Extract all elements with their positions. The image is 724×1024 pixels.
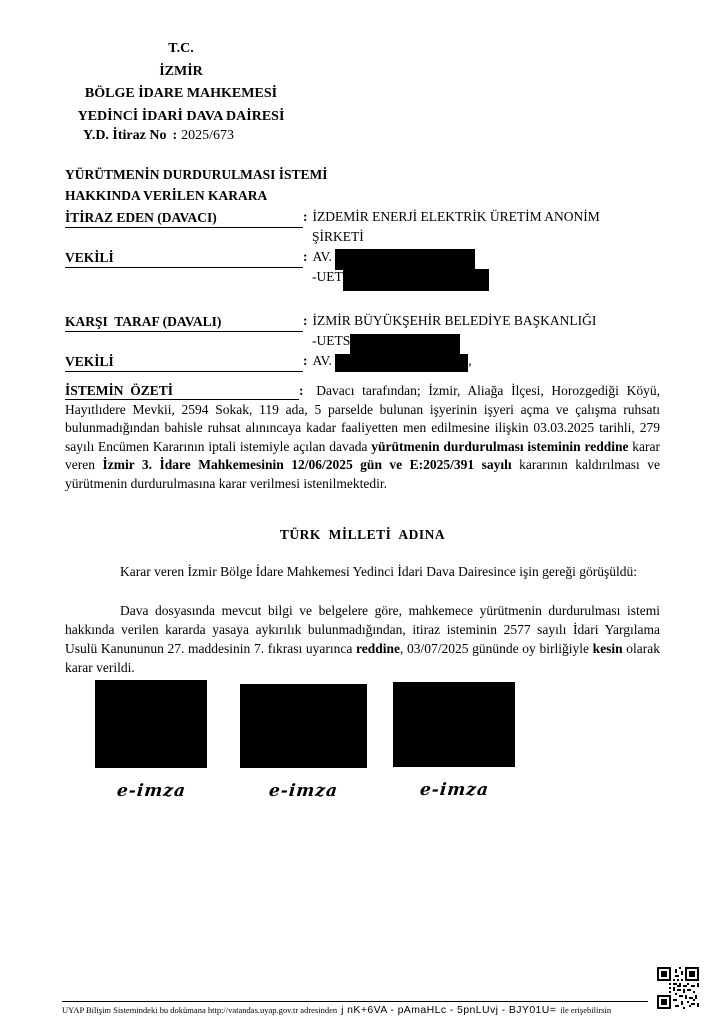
party-row-respondent-counsel: VEKİLİ :AV. , xyxy=(65,351,660,372)
redaction-box xyxy=(95,680,207,768)
case-number-label: Y.D. İtiraz No xyxy=(83,128,166,143)
decision-text-bold: reddine xyxy=(356,641,400,656)
summary-text-bold: yürütmenin durdurulması isteminin reddin… xyxy=(371,439,628,454)
case-number-separator: : xyxy=(172,128,177,143)
e-signature-label: e-imza xyxy=(268,781,339,801)
signature-block: e-imza xyxy=(95,680,207,801)
court-header: T.C. İZMİR BÖLGE İDARE MAHKEMESİ YEDİNCİ… xyxy=(0,38,362,128)
party-label: İTİRAZ EDEN (DAVACI) xyxy=(65,208,303,228)
colon: : xyxy=(303,313,308,328)
party-value: :İZDEMİR ENERJİ ELEKTRİK ÜRETİM ANONİM Ş… xyxy=(303,207,660,247)
uyap-access-code: j nK+6VA - pAmaHLc - 5pnLUvj - BJY01U= xyxy=(341,1004,556,1016)
in-the-name-of-nation-heading: TÜRK MİLLETİ ADINA xyxy=(65,527,660,543)
decision-paragraph-2: Dava dosyasında mevcut bilgi ve belgeler… xyxy=(65,601,660,677)
counsel-prefix: AV. xyxy=(313,353,332,368)
header-line-chamber: YEDİNCİ İDARİ DAVA DAİRESİ xyxy=(0,106,362,129)
party-label: VEKİLİ xyxy=(65,352,303,372)
header-line-city: İZMİR xyxy=(0,61,362,84)
decision-text-bold: kesin xyxy=(593,641,623,656)
redaction-box xyxy=(343,269,489,291)
uets-prefix: -UET xyxy=(312,269,343,284)
redaction-box xyxy=(240,684,367,768)
party-row-appellant-counsel: VEKİLİ :AV. -UET xyxy=(65,247,660,287)
appellant-name-line1: İZDEMİR ENERJİ ELEKTRİK ÜRETİM ANONİM xyxy=(313,209,600,224)
subject-line-1: YÜRÜTMENİN DURDURULMASI İSTEMİ xyxy=(65,164,660,185)
signature-block: e-imza xyxy=(240,680,367,801)
decision-paragraph-1: Karar veren İzmir Bölge İdare Mahkemesi … xyxy=(65,562,660,582)
respondent-name: İZMİR BÜYÜKŞEHİR BELEDİYE BAŞKANLIĞI xyxy=(313,313,597,328)
subject-heading: YÜRÜTMENİN DURDURULMASI İSTEMİ HAKKINDA … xyxy=(65,164,660,206)
e-signature-label: e-imza xyxy=(418,780,489,800)
party-value: :AV. -UET xyxy=(303,247,660,287)
party-label: VEKİLİ xyxy=(65,248,303,268)
header-line-tc: T.C. xyxy=(0,38,362,61)
counsel-suffix: , xyxy=(468,353,471,368)
colon: : xyxy=(303,353,308,368)
party-value: :İZMİR BÜYÜKŞEHİR BELEDİYE BAŞKANLIĞI -U… xyxy=(303,311,660,351)
colon: : xyxy=(303,249,308,264)
redaction-box xyxy=(335,354,468,372)
decision-text: , 03/07/2025 gününde oy birliğiyle xyxy=(400,641,593,656)
appellant-name-line2: ŞİRKETİ xyxy=(303,227,660,247)
signature-block: e-imza xyxy=(393,680,515,800)
party-row-appellant: İTİRAZ EDEN (DAVACI) :İZDEMİR ENERJİ ELE… xyxy=(65,207,660,247)
party-label: KARŞI TARAF (DAVALI) xyxy=(65,312,303,332)
parties-section: İTİRAZ EDEN (DAVACI) :İZDEMİR ENERJİ ELE… xyxy=(65,207,660,372)
e-signature-label: e-imza xyxy=(115,781,186,801)
qr-code xyxy=(657,967,699,1009)
redaction-box xyxy=(393,682,515,767)
footer-suffix: ile erişebilirsin xyxy=(560,1005,611,1015)
case-number: Y.D. İtiraz No:2025/673 xyxy=(83,128,234,144)
request-summary-paragraph: İSTEMİN ÖZETİ: Davacı tarafından; İzmir,… xyxy=(65,382,660,493)
uets-prefix: -UETS xyxy=(312,333,350,348)
subject-line-2: HAKKINDA VERİLEN KARARA xyxy=(65,185,660,206)
header-line-court: BÖLGE İDARE MAHKEMESİ xyxy=(0,83,362,106)
summary-text-bold: İzmir 3. İdare Mahkemesinin 12/06/2025 g… xyxy=(102,457,511,472)
colon: : xyxy=(303,209,308,224)
party-row-respondent: KARŞI TARAF (DAVALI) :İZMİR BÜYÜKŞEHİR B… xyxy=(65,311,660,351)
case-number-value: 2025/673 xyxy=(181,128,234,143)
party-value: :AV. , xyxy=(303,351,660,371)
signatures-section: e-imza e-imza e-imza xyxy=(65,680,660,805)
counsel-prefix: AV. xyxy=(313,249,332,264)
colon: : xyxy=(299,383,304,398)
court-decision-page: T.C. İZMİR BÖLGE İDARE MAHKEMESİ YEDİNCİ… xyxy=(0,0,724,1024)
summary-label: İSTEMİN ÖZETİ xyxy=(65,382,299,400)
uyap-footer: UYAP Bilişim Sistemindeki bu dokümana ht… xyxy=(62,1001,648,1016)
footer-prefix: UYAP Bilişim Sistemindeki bu dokümana ht… xyxy=(62,1005,337,1015)
